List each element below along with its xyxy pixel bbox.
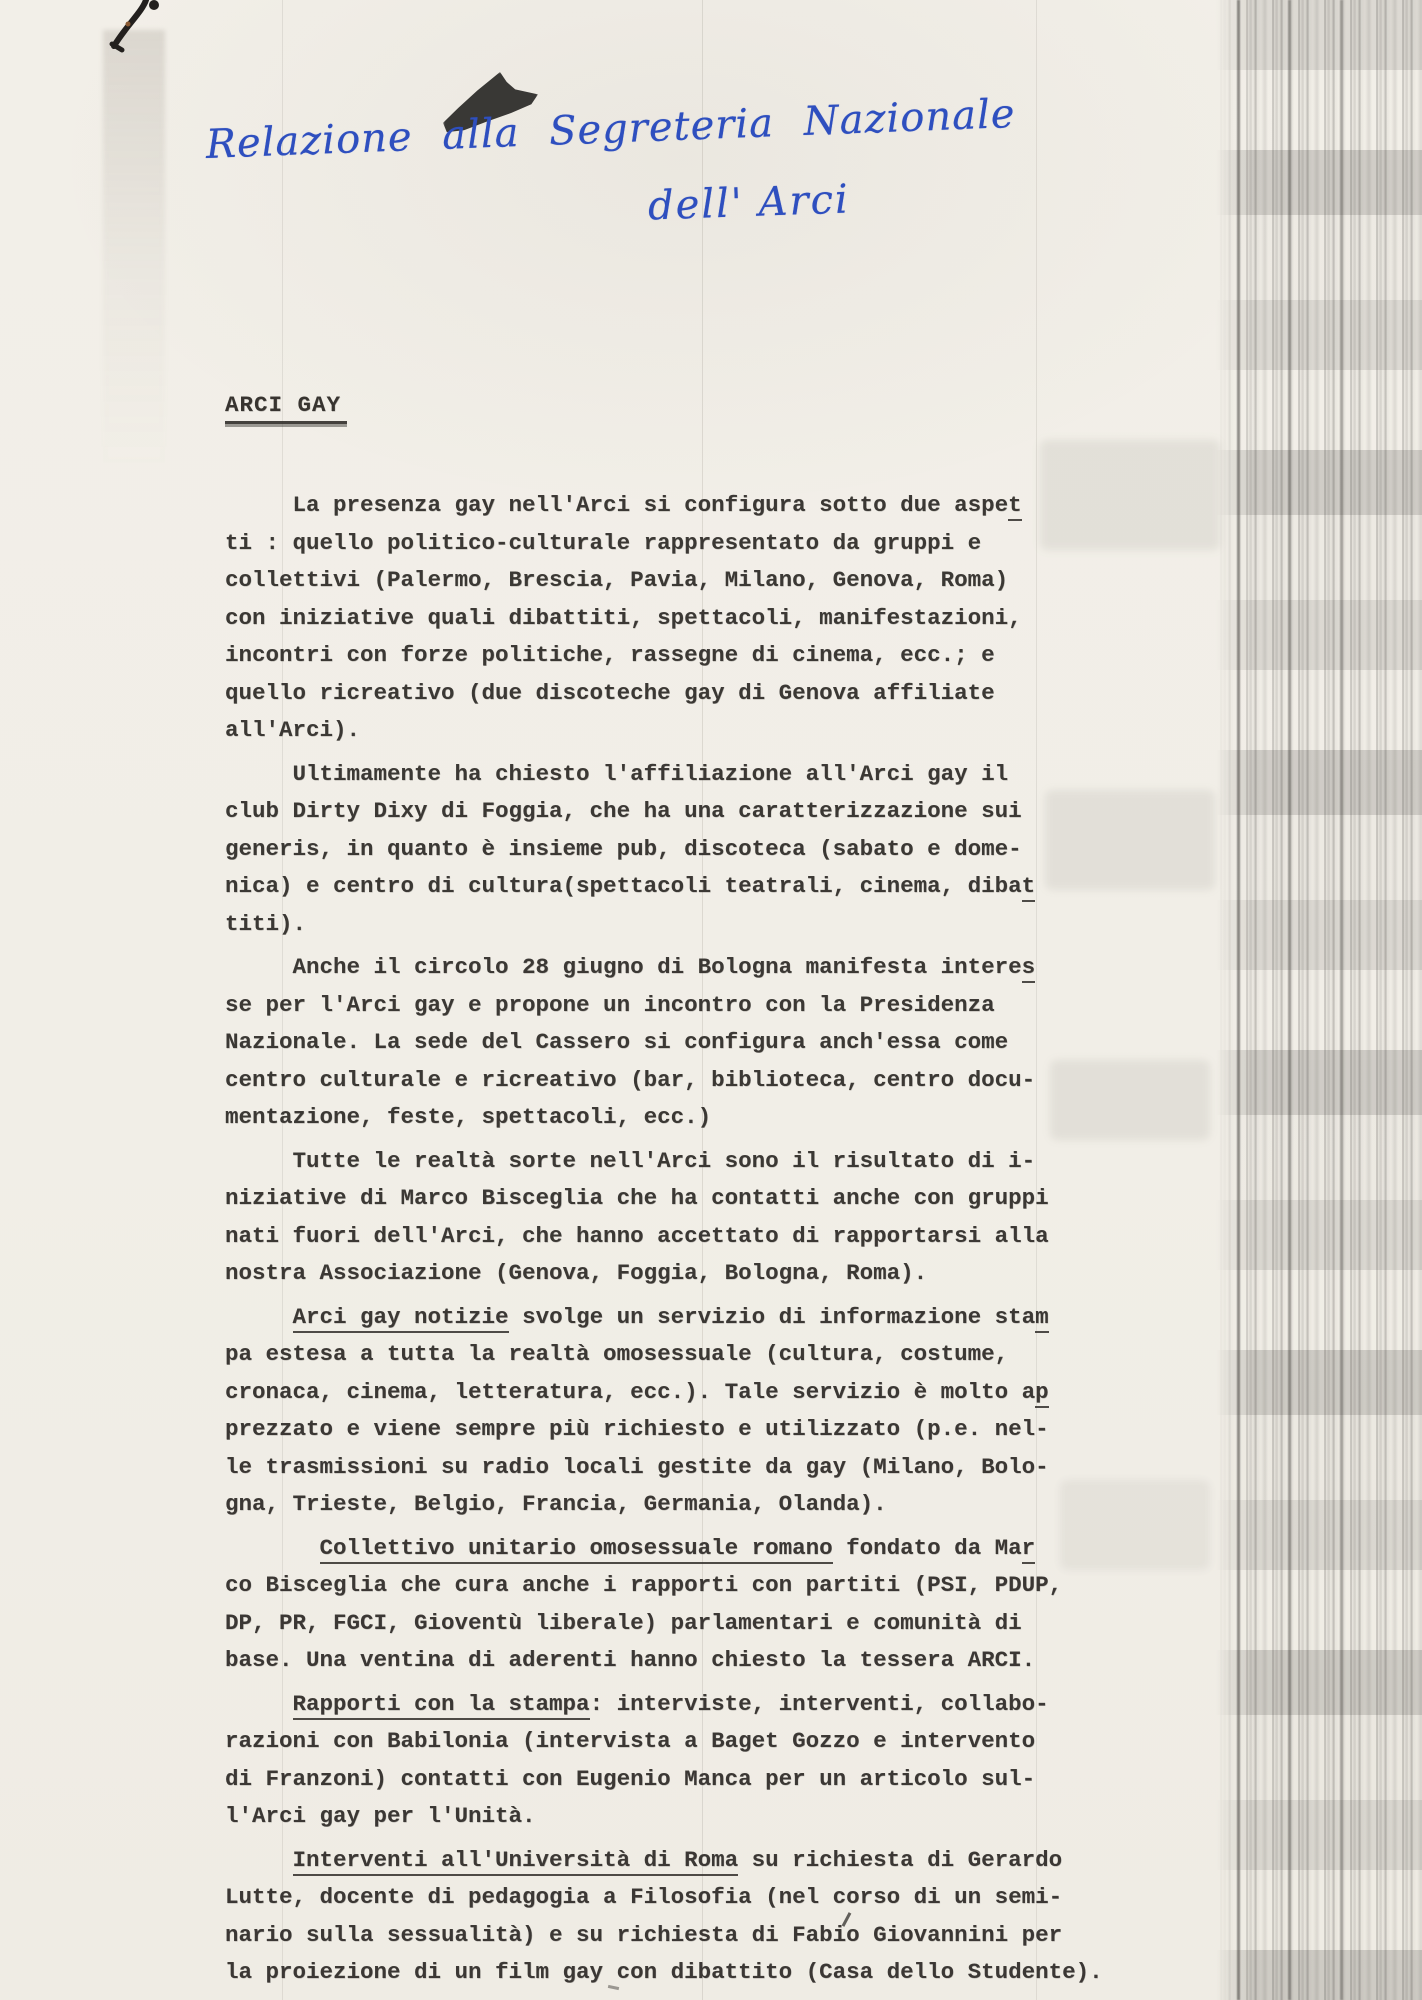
text-line: mentazione, feste, spettacoli, ecc.) [225,1099,1103,1137]
text-line: con iniziative quali dibattiti, spettaco… [225,600,1103,638]
text-line: Interventi all'Università di Roma su ric… [225,1842,1103,1880]
text-line: DP, PR, FGCI, Gioventù liberale) parlame… [225,1605,1103,1643]
text-line: Ultimamente ha chiesto l'affiliazione al… [225,756,1103,794]
paragraph: Collettivo unitario omosessuale romano f… [225,1530,1103,1680]
text-line: razioni con Babilonia (intervista a Bage… [225,1723,1103,1761]
text-line: titi). [225,906,1103,944]
text-line: La presenza gay nell'Arci si configura s… [225,487,1103,525]
text-line: se per l'Arci gay e propone un incontro … [225,987,1103,1025]
paragraph: Ultimamente ha chiesto l'affiliazione al… [225,756,1103,944]
text-line: l'Arci gay per l'Unità. [225,1798,1103,1836]
text-line: club Dirty Dixy di Foggia, che ha una ca… [225,793,1103,831]
paragraph: La presenza gay nell'Arci si configura s… [225,487,1103,750]
text-line: centro culturale e ricreativo (bar, bibl… [225,1062,1103,1100]
paragraph: Rapporti con la stampa: interviste, inte… [225,1686,1103,1836]
text-line: Tutte le realtà sorte nell'Arci sono il … [225,1143,1103,1181]
text-line: cronaca, cinema, letteratura, ecc.). Tal… [225,1374,1103,1412]
text-line: prezzato e viene sempre più richiesto e … [225,1411,1103,1449]
handwritten-note-line1: Relazione alla Segreteria Nazionale [205,91,1016,168]
text-line: niziative di Marco Bisceglia che ha cont… [225,1180,1103,1218]
text-line: di Franzoni) contatti con Eugenio Manca … [225,1761,1103,1799]
paragraph: Interventi all'Università di Roma su ric… [225,1842,1103,1992]
text-line: co Bisceglia che cura anche i rapporti c… [225,1567,1103,1605]
handwritten-note-line2: dell' Arci [647,176,850,229]
paragraph: Arci gay notizie svolge un servizio di i… [225,1299,1103,1524]
text-line: incontri con forze politiche, rassegne d… [225,637,1103,675]
text-line: nica) e centro di cultura(spettacoli tea… [225,868,1103,906]
text-line: collettivi (Palermo, Brescia, Pavia, Mil… [225,562,1103,600]
text-line: Arci gay notizie svolge un servizio di i… [225,1299,1103,1337]
typewritten-body: La presenza gay nell'Arci si configura s… [225,487,1103,1998]
text-line: all'Arci). [225,712,1103,750]
photocopy-streak-line [1237,0,1240,2000]
text-line: Nazionale. La sede del Cassero si config… [225,1024,1103,1062]
scanned-document-page: Relazione alla Segreteria Nazionale dell… [0,0,1422,2000]
document-title: ARCI GAY [225,392,347,424]
text-line: la proiezione di un film gay con dibatti… [225,1954,1103,1992]
text-line: generis, in quanto è insieme pub, discot… [225,831,1103,869]
paragraph: Tutte le realtà sorte nell'Arci sono il … [225,1143,1103,1293]
text-line: nario sulla sessualità) e su richiesta d… [225,1917,1103,1955]
photocopy-streaks [1216,0,1422,2000]
text-line: nati fuori dell'Arci, che hanno accettat… [225,1218,1103,1256]
text-line: pa estesa a tutta la realtà omosessuale … [225,1336,1103,1374]
photocopy-streak-line [1340,0,1343,2000]
text-line: Rapporti con la stampa: interviste, inte… [225,1686,1103,1724]
text-line: quello ricreativo (due discoteche gay di… [225,675,1103,713]
paragraph: Anche il circolo 28 giugno di Bologna ma… [225,949,1103,1137]
text-line: Collettivo unitario omosessuale romano f… [225,1530,1103,1568]
text-line: base. Una ventina di aderenti hanno chie… [225,1642,1103,1680]
text-line: nostra Associazione (Genova, Foggia, Bol… [225,1255,1103,1293]
text-line: le trasmissioni su radio locali gestite … [225,1449,1103,1487]
text-line: gna, Trieste, Belgio, Francia, Germania,… [225,1486,1103,1524]
text-line: ti : quello politico-culturale rappresen… [225,525,1103,563]
pen-mark [98,0,168,58]
photocopy-streak-line [1288,0,1291,2000]
photocopy-smudge-band [103,30,165,470]
text-line: Lutte, docente di pedagogia a Filosofia … [225,1879,1103,1917]
text-line: Anche il circolo 28 giugno di Bologna ma… [225,949,1103,987]
